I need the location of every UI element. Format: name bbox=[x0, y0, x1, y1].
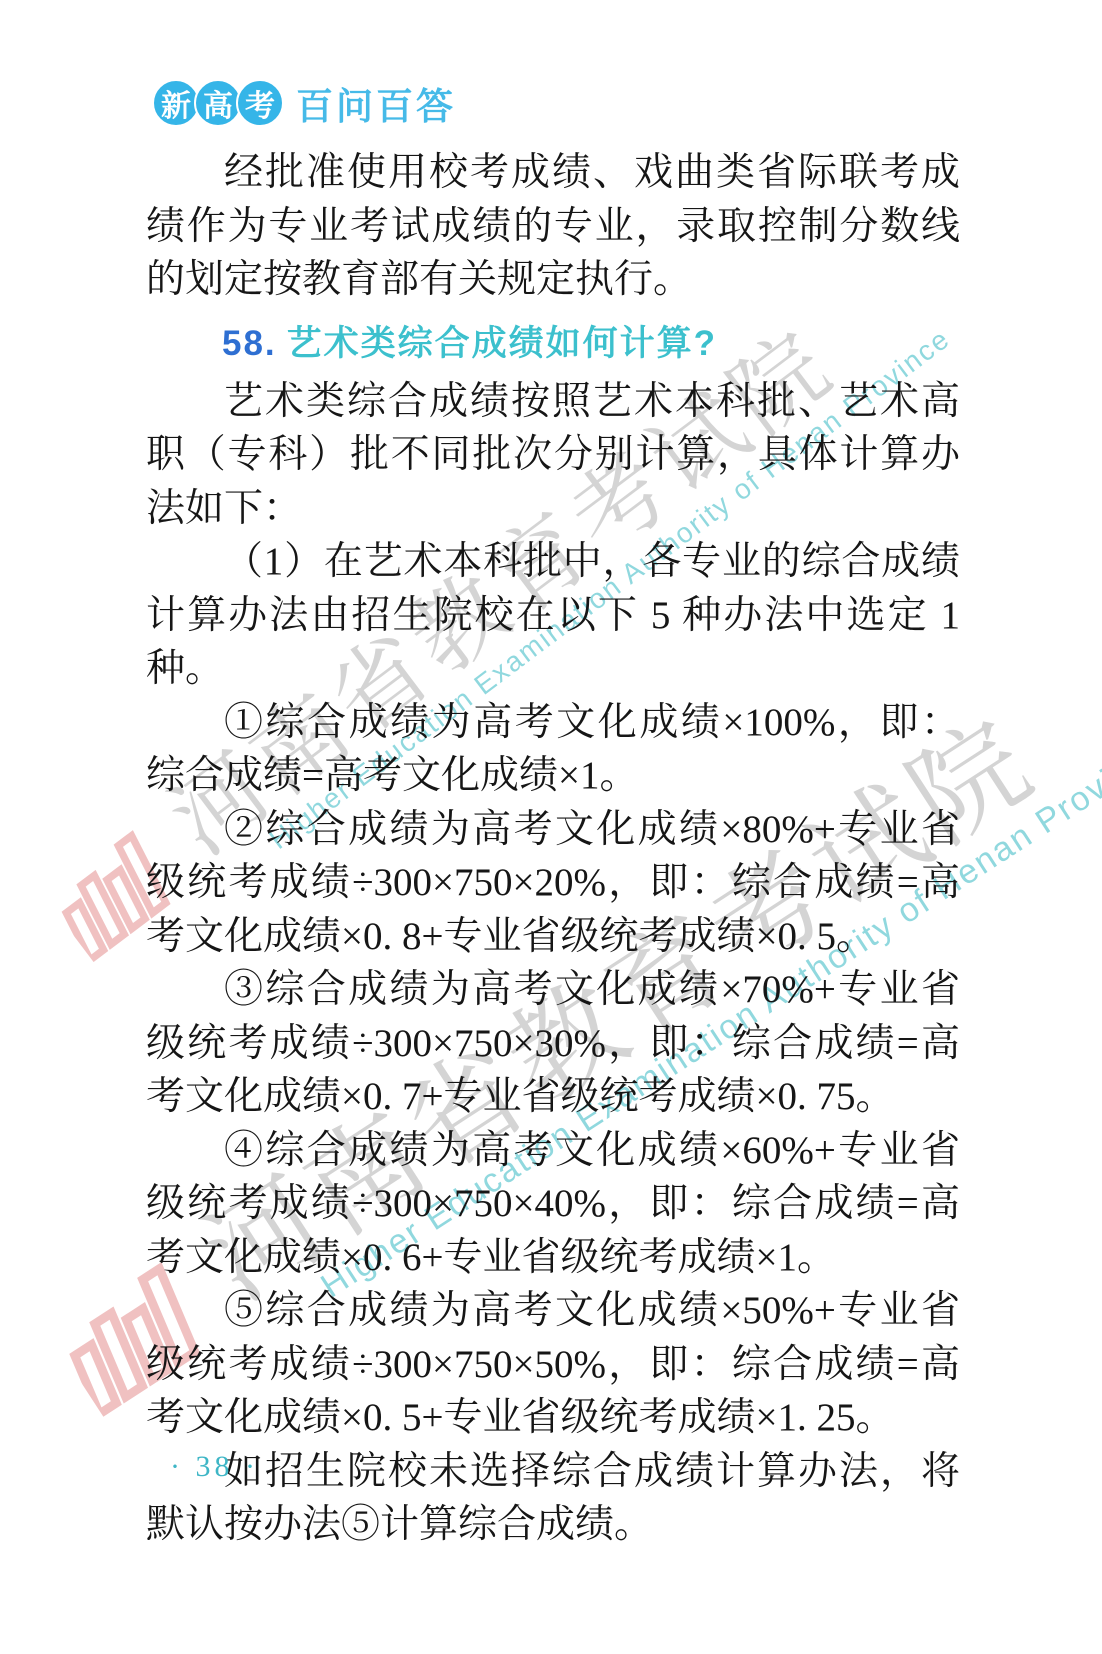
question-title: 艺术类综合成绩如何计算? bbox=[287, 324, 717, 363]
body-paragraph: ①综合成绩为高考文化成绩×100%，即：综合成绩=高考文化成绩×1。 bbox=[146, 696, 960, 803]
book-page: 河南省教育考试院 Higher Education Examination Au… bbox=[0, 0, 1102, 1654]
page-number: · 38 · bbox=[170, 1450, 259, 1484]
brand-circle-kao: 考 bbox=[236, 79, 284, 127]
page-content: 经批准使用校考成绩、戏曲类省际联考成绩作为专业考试成绩的专业，录取控制分数线的划… bbox=[146, 146, 960, 1552]
body-paragraph: ②综合成绩为高考文化成绩×80%+专业省级统考成绩÷300×750×20%，即：… bbox=[146, 803, 960, 964]
body-paragraph: ③综合成绩为高考文化成绩×70%+专业省级统考成绩÷300×750×30%，即：… bbox=[146, 963, 960, 1124]
body-paragraph: 艺术类综合成绩按照艺术本科批、艺术高职（专科）批不同批次分别计算，具体计算办法如… bbox=[146, 375, 960, 536]
body-paragraph: （1）在艺术本科批中，各专业的综合成绩计算办法由招生院校在以下 5 种办法中选定… bbox=[146, 535, 960, 696]
brand-suffix-text: 百问百答 bbox=[296, 76, 456, 130]
brand-circle-xin: 新 bbox=[152, 79, 200, 127]
question-heading: 58.艺术类综合成绩如何计算? bbox=[146, 321, 960, 367]
body-paragraph: 如招生院校未选择综合成绩计算办法，将默认按办法⑤计算综合成绩。 bbox=[146, 1445, 960, 1552]
intro-paragraph: 经批准使用校考成绩、戏曲类省际联考成绩作为专业考试成绩的专业，录取控制分数线的划… bbox=[146, 146, 960, 307]
book-brand-logo: 新 高 考 百问百答 bbox=[152, 76, 456, 130]
body-paragraph: ④综合成绩为高考文化成绩×60%+专业省级统考成绩÷300×750×40%，即：… bbox=[146, 1124, 960, 1285]
brand-circle-gao: 高 bbox=[194, 79, 242, 127]
question-number: 58. bbox=[222, 324, 277, 363]
body-paragraph: ⑤综合成绩为高考文化成绩×50%+专业省级统考成绩÷300×750×50%，即：… bbox=[146, 1284, 960, 1445]
